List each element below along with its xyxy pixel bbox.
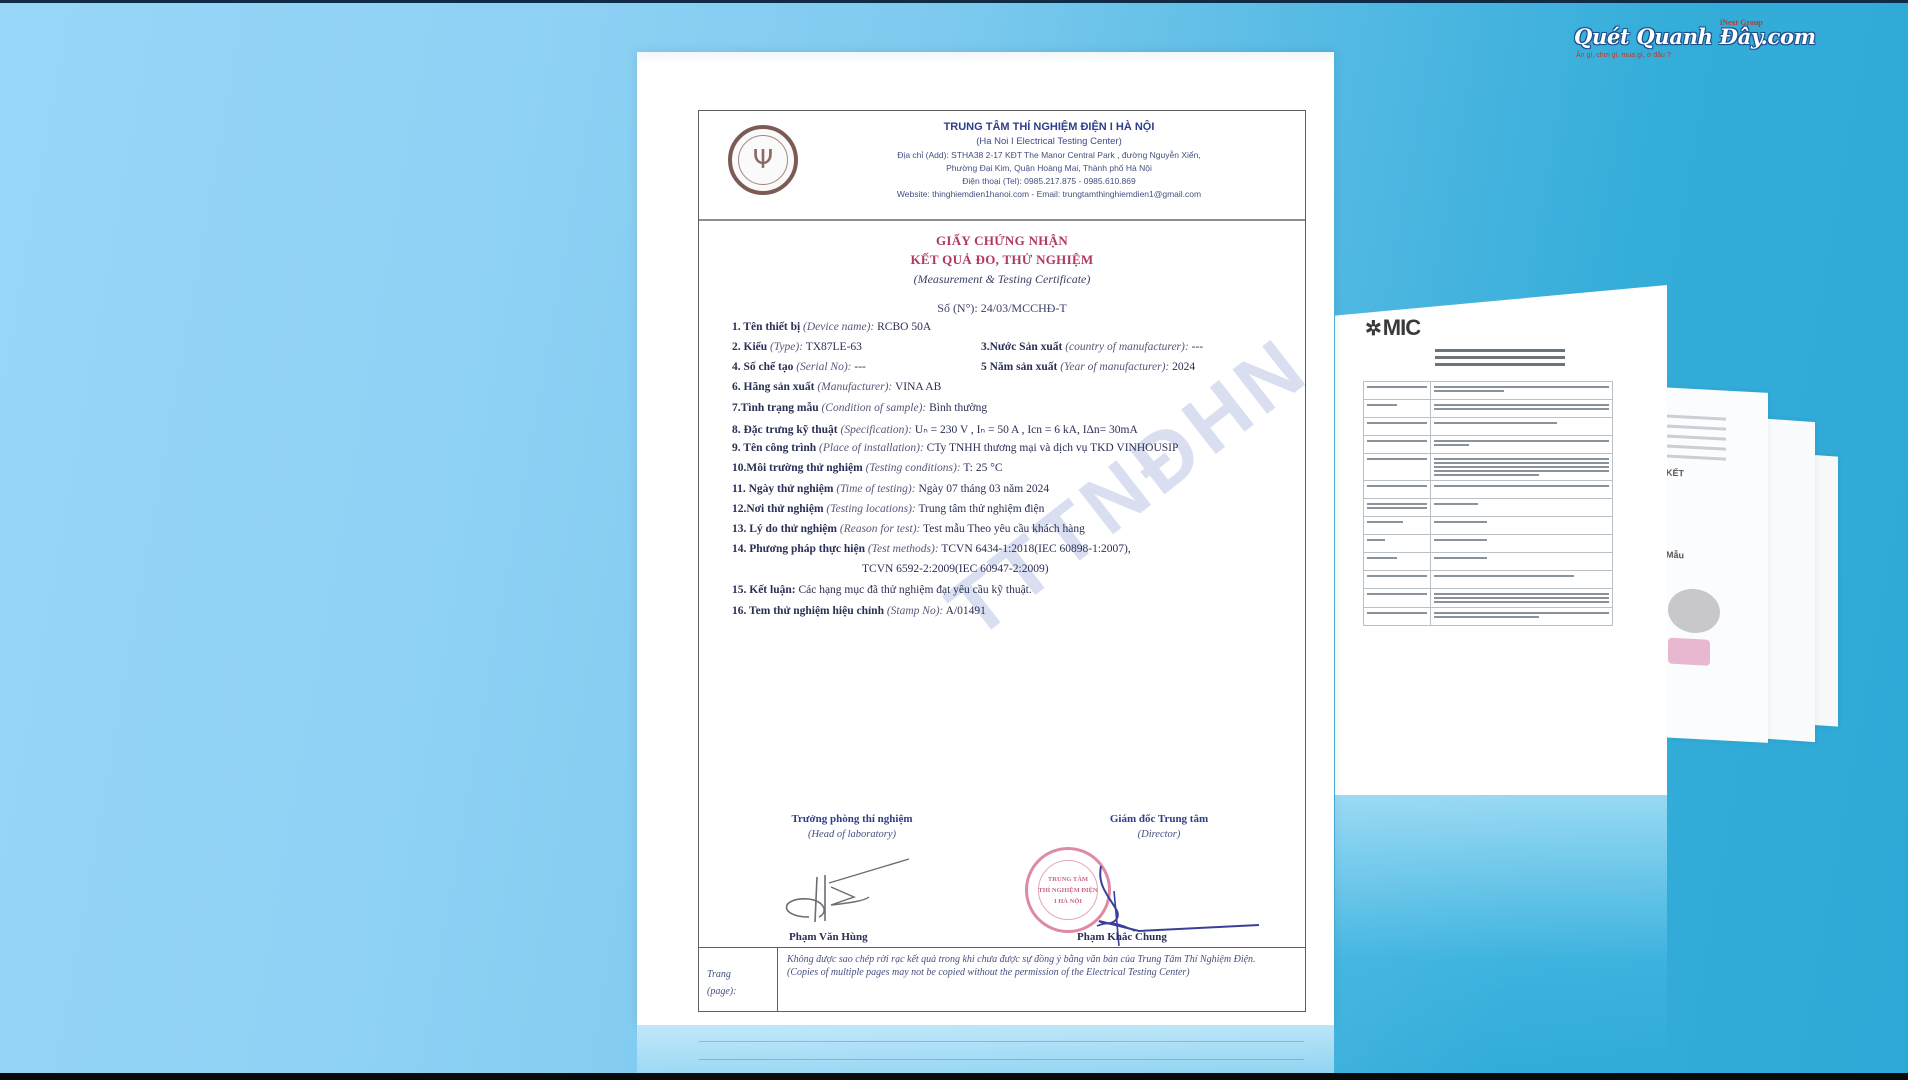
doc2-heading: KẾT [1666,467,1684,478]
certificate-field-row: 15. Kết luận: Các hạng mục đã thử nghiệm… [732,584,1032,596]
field-label: 15. Kết luận: [732,584,796,596]
field-value: Bình thường [929,402,987,414]
field-label: 16. Tem thử nghiệm hiệu chỉnh [732,605,884,617]
field-value: T: 25 °C [963,462,1002,474]
field-label: 13. Lý do thử nghiệm [732,523,837,535]
right-signer-role: Giám đốc Trung tâm [1044,813,1274,825]
certificate-field-row: 1. Tên thiết bị (Device name): RCBO 50A [732,321,931,333]
certificate-field-row: 6. Hãng sản xuất (Manufacturer): VINA AB [732,381,941,393]
certificate-field-row: 14. Phương pháp thực hiện (Test methods)… [732,543,1131,555]
field-label-en: (Type): [770,341,803,353]
bottom-black-bar [0,1073,1908,1080]
certificate-field-row: 12.Nơi thử nghiệm (Testing locations): T… [732,503,1044,515]
certificate-title-en: (Measurement & Testing Certificate) [699,272,1305,287]
field-label-en: (Manufacturer): [817,381,892,393]
mic-logo: ✲MIC [1365,315,1420,341]
field-label-en: (Place of installation): [819,442,924,454]
certificate-field-row: 11. Ngày thử nghiệm (Time of testing): N… [732,483,1049,495]
certificate-field-row: 2. Kiểu (Type): TX87LE-63 [732,341,862,353]
field-label: 8. Đặc trưng kỹ thuật [732,424,838,436]
field-value: --- [854,361,866,373]
site-watermark-logo: iNext Group Quét Quanh Đây.com Ăn gì, ch… [1572,18,1772,66]
field-value: --- [1192,341,1204,353]
field-label-en: (Reason for test): [840,523,920,535]
mic-document-reflection [1335,795,1667,1073]
certificate-field-row: 10.Môi trường thử nghiệm (Testing condit… [732,462,1003,474]
field-value: Uₙ = 230 V , Iₙ = 50 A , Icn = 6 kA, IΔn… [915,424,1138,436]
field-label-en: (Stamp No): [887,605,944,617]
field-value: Test mẫu Theo yêu cầu khách hàng [923,523,1085,535]
right-signer-role-en: (Director) [1044,829,1274,840]
field-label-en: (country of manufacturer): [1065,341,1189,353]
left-signer-role-en: (Head of laboratory) [737,829,967,840]
page-label: Trang [707,969,731,980]
field-value: TCVN 6434-1:2018(IEC 60898-1:2007), [941,543,1130,555]
logo-tagline: Ăn gì, chơi gì, mua gì, ở đâu ? [1576,52,1671,59]
field-label: 10.Môi trường thử nghiệm [732,462,863,474]
certificate-title-2: KẾT QUẢ ĐO, THỬ NGHIỆM [699,252,1305,268]
certificate-field-row: 9. Tên công trình (Place of installation… [732,442,1178,454]
org-name: TRUNG TÂM THÍ NGHIỆM ĐIỆN I HÀ NỘI [809,121,1289,133]
certificate-field-row: 5 Năm sản xuất (Year of manufacturer): 2… [981,361,1195,373]
left-signature [769,857,929,927]
certificate-field-row: 4. Số chế tạo (Serial No): --- [732,361,866,373]
right-signer-name: Phạm Khắc Chung [1077,931,1167,943]
field-label-en: (Serial No): [796,361,851,373]
field-label-en: (Testing locations): [826,503,915,515]
field-label: 2. Kiểu [732,341,767,353]
certificate-title-1: GIẤY CHỨNG NHẬN [699,233,1305,249]
doc2-image-blob [1668,588,1720,635]
footer-notice-cell: Không được sao chép rời rạc kết quả tron… [787,953,1297,979]
field-value: RCBO 50A [877,321,931,333]
certificate-field-row: 7.Tình trạng mẫu (Condition of sample): … [732,402,987,414]
field-label: 3.Nước Sản xuất [981,341,1062,353]
field-label: 7.Tình trạng mẫu [732,402,819,414]
org-address-1: Địa chỉ (Add): STHA38 2-17 KĐT The Manor… [809,150,1289,160]
signature-block-right: Giám đốc Trung tâm (Director) [1044,813,1274,840]
field-value: Các hạng mục đã thử nghiệm đạt yêu cầu k… [798,584,1031,596]
page-label-en: (page): [707,986,736,997]
field-label: 4. Số chế tạo [732,361,793,373]
header-divider [699,219,1305,221]
certificate-field-row: 3.Nước Sản xuất (country of manufacturer… [981,341,1203,353]
doc2-text-lines [1666,407,1726,467]
left-signer-role: Trưởng phòng thí nghiệm [737,813,967,825]
field-value: TCVN 6592-2:2009(IEC 60947-2:2009) [862,563,1049,575]
field-label: 12.Nơi thử nghiệm [732,503,824,515]
background-document-2: KẾT Mẫu [1660,387,1768,743]
field-label-en: (Time of testing): [836,483,915,495]
certificate-reflection [637,1025,1334,1073]
field-label: 5 Năm sản xuất [981,361,1057,373]
copy-notice-en: (Copies of multiple pages may not be cop… [787,966,1297,979]
field-label-en: (Specification): [841,424,913,436]
field-label-en: (Condition of sample): [821,402,926,414]
footer-page-cell: Trang(page): [699,948,778,1011]
field-label: 1. Tên thiết bị [732,321,800,333]
certificate-field-row: TCVN 6592-2:2009(IEC 60947-2:2009) [862,563,1049,575]
field-label: 11. Ngày thử nghiệm [732,483,833,495]
star-icon: ✲ [1365,318,1381,340]
org-emblem-icon: Ψ [728,125,798,195]
mic-table [1363,381,1613,626]
field-label-en: (Testing conditions): [866,462,961,474]
certificate-frame: Ψ TRUNG TÂM THÍ NGHIỆM ĐIỆN I HÀ NỘI (Ha… [698,110,1306,1012]
field-value: VINA AB [895,381,941,393]
left-signer-name: Phạm Văn Hùng [789,931,868,943]
org-header: TRUNG TÂM THÍ NGHIỆM ĐIỆN I HÀ NỘI (Ha N… [809,121,1289,199]
field-label: 9. Tên công trình [732,442,816,454]
field-label-en: (Year of manufacturer): [1060,361,1169,373]
field-value: CTy TNHH thương mại và dịch vụ TKD VINHO… [927,442,1179,454]
org-phone: Điện thoại (Tel): 0985.217.875 - 0985.61… [809,176,1289,186]
logo-brand-text: Quét Quanh Đây.com [1574,24,1816,49]
certificate-field-row: 13. Lý do thử nghiệm (Reason for test): … [732,523,1085,535]
field-value: TX87LE-63 [806,341,862,353]
field-value: A/01491 [946,605,986,617]
doc2-stamp [1668,638,1710,666]
field-label-en: (Test methods): [868,543,939,555]
certificate-number: Số (N°): 24/03/MCCHĐ-T [699,301,1305,316]
mic-header-lines [1435,345,1565,370]
copy-notice: Không được sao chép rời rạc kết quả tron… [787,953,1297,966]
org-name-en: (Ha Noi I Electrical Testing Center) [809,136,1289,147]
field-value: Trung tâm thử nghiệm điện [918,503,1044,515]
certificate-title-block: GIẤY CHỨNG NHẬN KẾT QUẢ ĐO, THỬ NGHIỆM (… [699,233,1305,316]
field-label-en: (Device name): [803,321,874,333]
org-address-2: Phường Đại Kim, Quận Hoàng Mai, Thành ph… [809,163,1289,173]
field-value: 2024 [1172,361,1195,373]
org-web: Website: thinghiemdien1hanoi.com - Email… [809,189,1289,199]
signature-block-left: Trưởng phòng thí nghiệm (Head of laborat… [737,813,967,840]
certificate-field-row: 16. Tem thử nghiệm hiệu chỉnh (Stamp No)… [732,605,986,617]
certificate-footer: Trang(page): Không được sao chép rời rạc… [699,947,1305,1011]
field-label: 6. Hãng sản xuất [732,381,814,393]
top-edge-line [0,0,1908,3]
certificate-field-row: 8. Đặc trưng kỹ thuật (Specification): U… [732,422,1138,436]
mic-certificate-document: ✲MIC [1335,285,1667,795]
field-label: 14. Phương pháp thực hiện [732,543,865,555]
field-value: Ngày 07 tháng 03 năm 2024 [918,483,1049,495]
doc2-subheading: Mẫu [1666,549,1684,560]
certificate-page: Ψ TRUNG TÂM THÍ NGHIỆM ĐIỆN I HÀ NỘI (Ha… [637,52,1334,1025]
